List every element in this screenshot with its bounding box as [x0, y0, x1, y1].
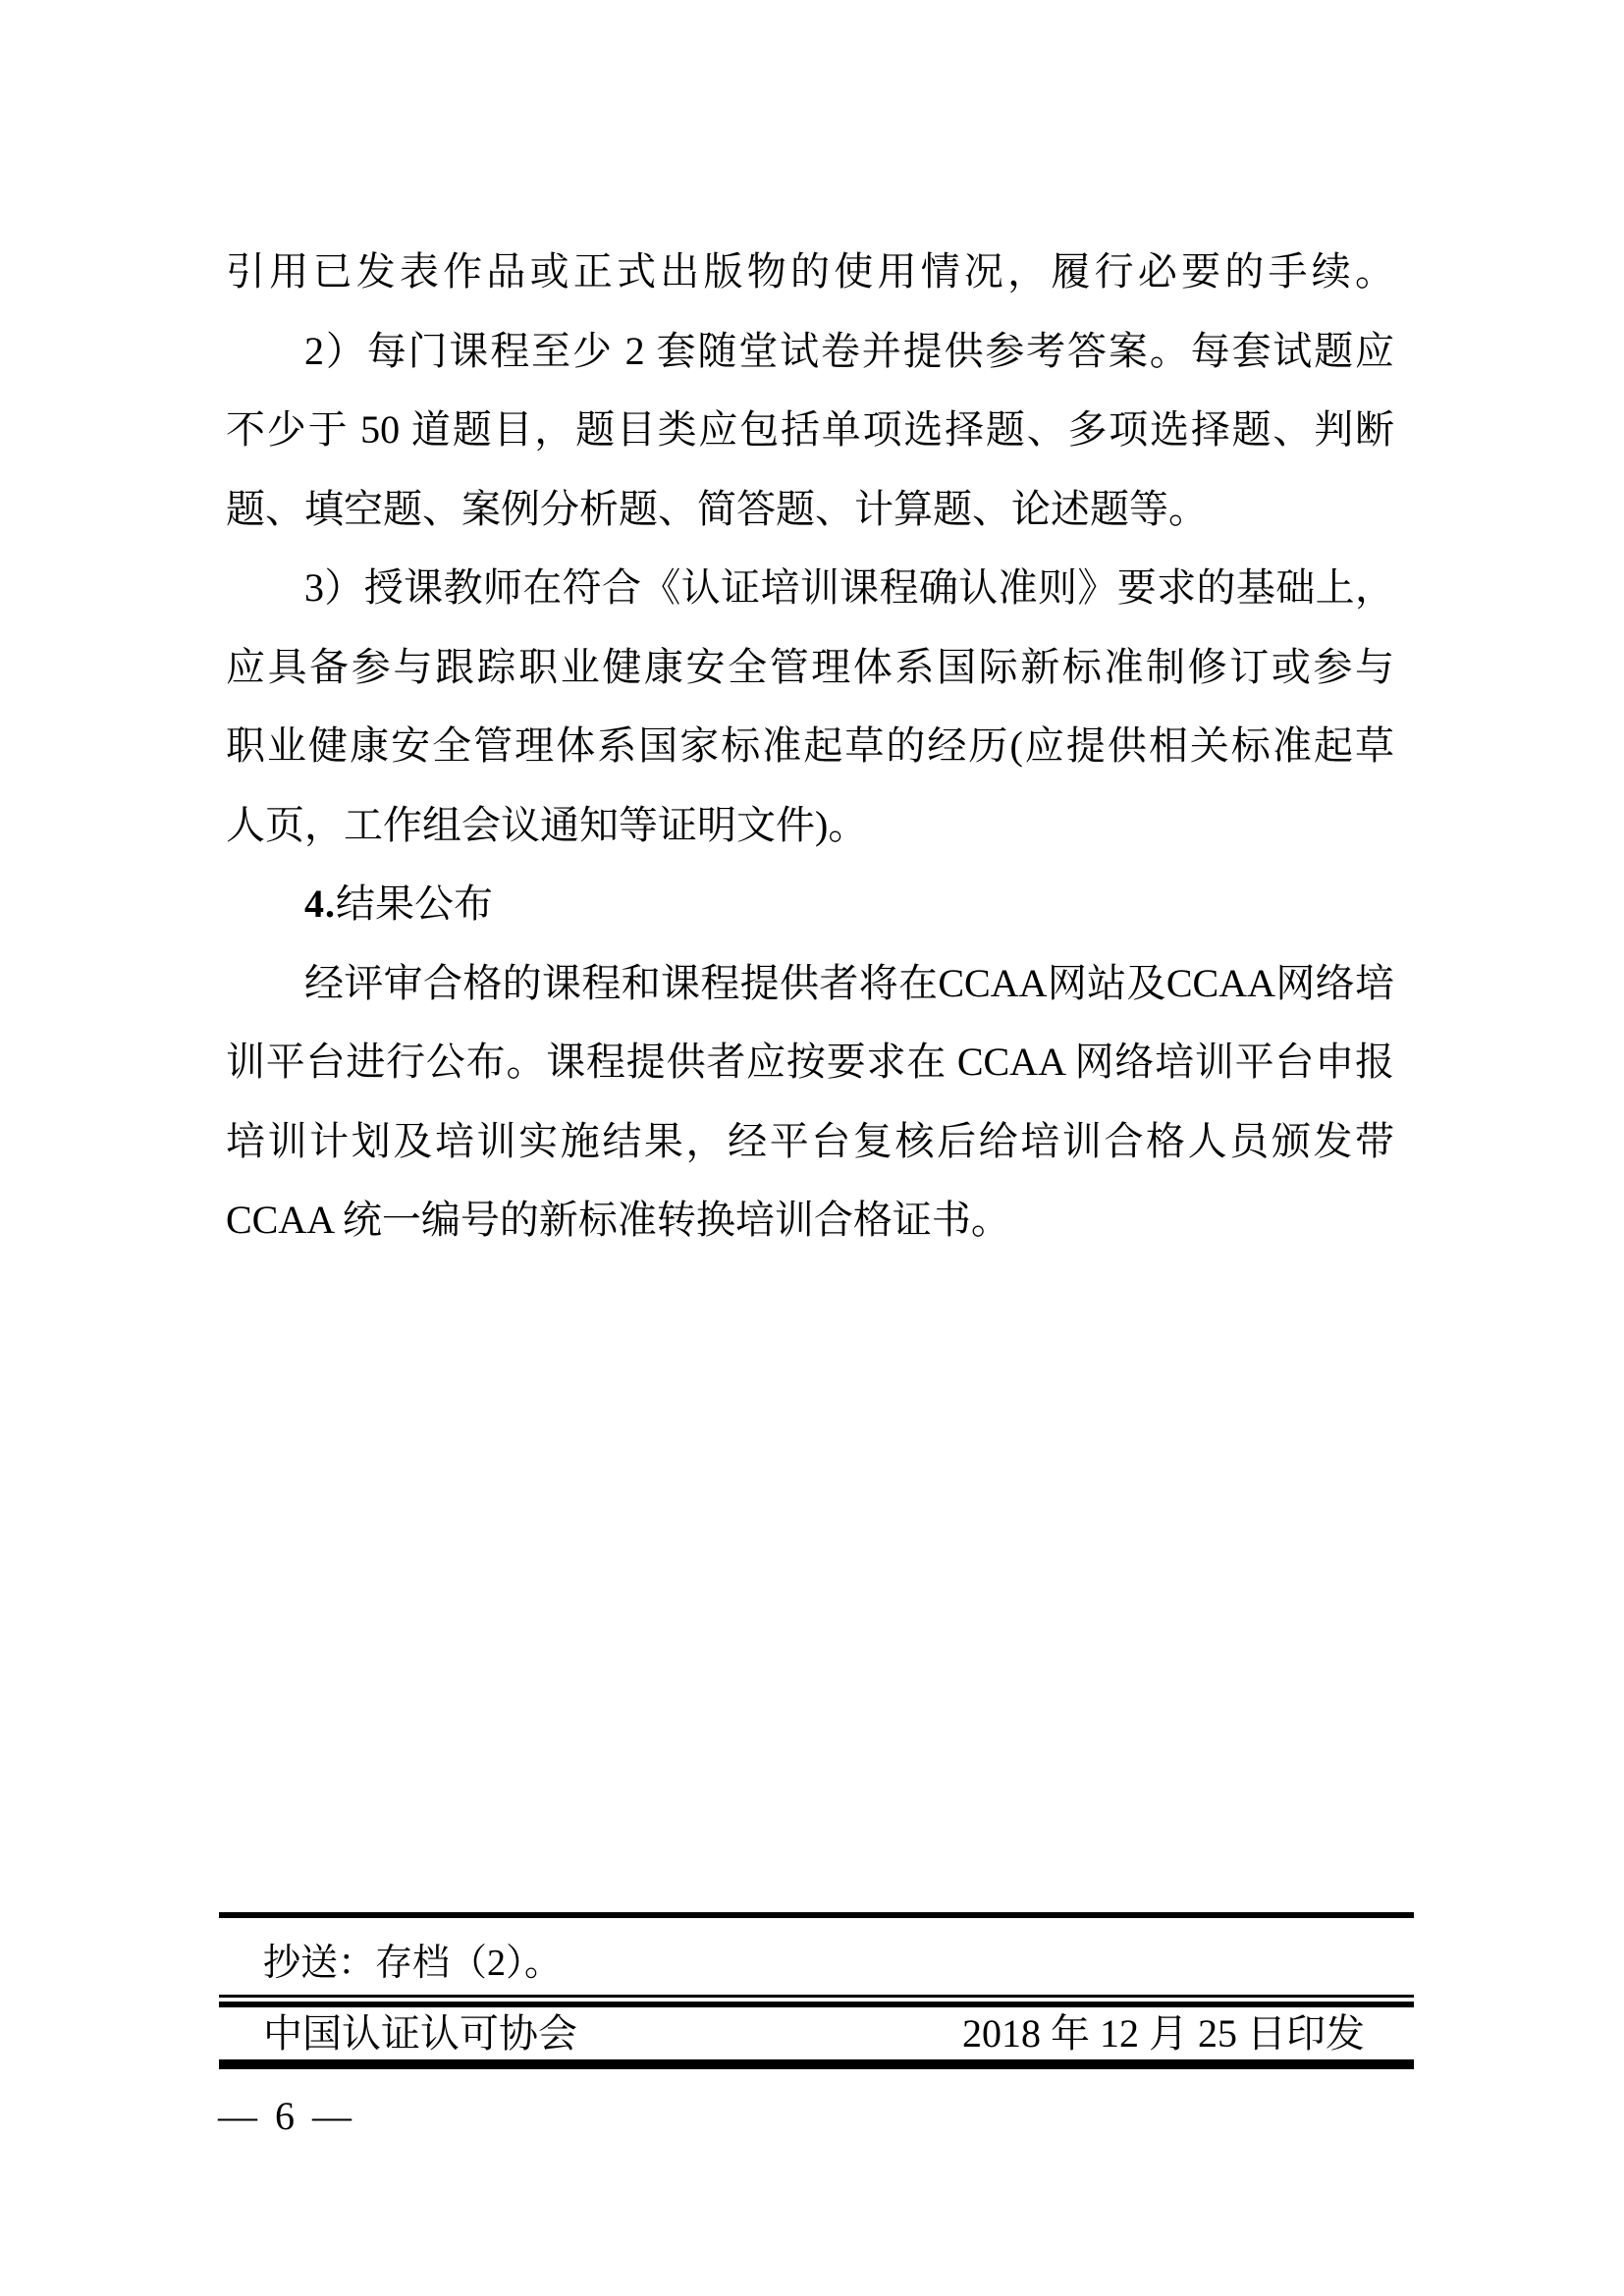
body-line: 2）每门课程至少 2 套随堂试卷并提供参考答案。每套试题应: [226, 312, 1394, 392]
footer-rule-mid-thick: [219, 2002, 1414, 2007]
body-line: 人页，工作组会议通知等证明文件)。: [226, 786, 1394, 866]
section-heading: 4.结果公布: [226, 865, 1394, 944]
document-page: 引用已发表作品或正式出版物的使用情况，履行必要的手续。 2）每门课程至少 2 套…: [0, 0, 1624, 2296]
footer-rule-bottom: [219, 2059, 1414, 2069]
issuer-name: 中国认证认可协会: [263, 2012, 577, 2056]
footer-rule-mid-thin: [219, 1995, 1414, 1998]
body-line: 3）授课教师在符合《认证培训课程确认准则》要求的基础上，: [226, 549, 1394, 628]
body-line: 应具备参与跟踪职业健康安全管理体系国际新标准制修订或参与: [226, 628, 1394, 708]
document-body: 引用已发表作品或正式出版物的使用情况，履行必要的手续。 2）每门课程至少 2 套…: [226, 233, 1394, 1260]
section-number: 4.: [304, 881, 336, 926]
issue-date: 2018 年 12 月 25 日印发: [962, 2012, 1365, 2056]
section-title: 结果公布: [336, 881, 493, 926]
body-line: 训平台进行公布。课程提供者应按要求在 CCAA 网络培训平台申报: [226, 1023, 1394, 1102]
body-line: 引用已发表作品或正式出版物的使用情况，履行必要的手续。: [226, 233, 1394, 312]
body-line: CCAA 统一编号的新标准转换培训合格证书。: [226, 1181, 1394, 1260]
body-line: 题、填空题、案例分析题、简答题、计算题、论述题等。: [226, 470, 1394, 550]
copy-to-line: 抄送：存档（2）。: [263, 1942, 1392, 1985]
body-line: 职业健康安全管理体系国家标准起草的经历(应提供相关标准起草: [226, 707, 1394, 786]
body-line: 培训计划及培训实施结果，经平台复核后给培训合格人员颁发带: [226, 1102, 1394, 1182]
body-line: 经评审合格的课程和课程提供者将在CCAA网站及CCAA网络培: [226, 944, 1394, 1024]
page-number: — 6 —: [218, 2095, 355, 2138]
issuer-row: 中国认证认可协会 2018 年 12 月 25 日印发: [263, 2012, 1414, 2056]
body-line: 不少于 50 道题目，题目类应包括单项选择题、多项选择题、判断: [226, 391, 1394, 470]
footer-rule-top: [219, 1912, 1414, 1918]
